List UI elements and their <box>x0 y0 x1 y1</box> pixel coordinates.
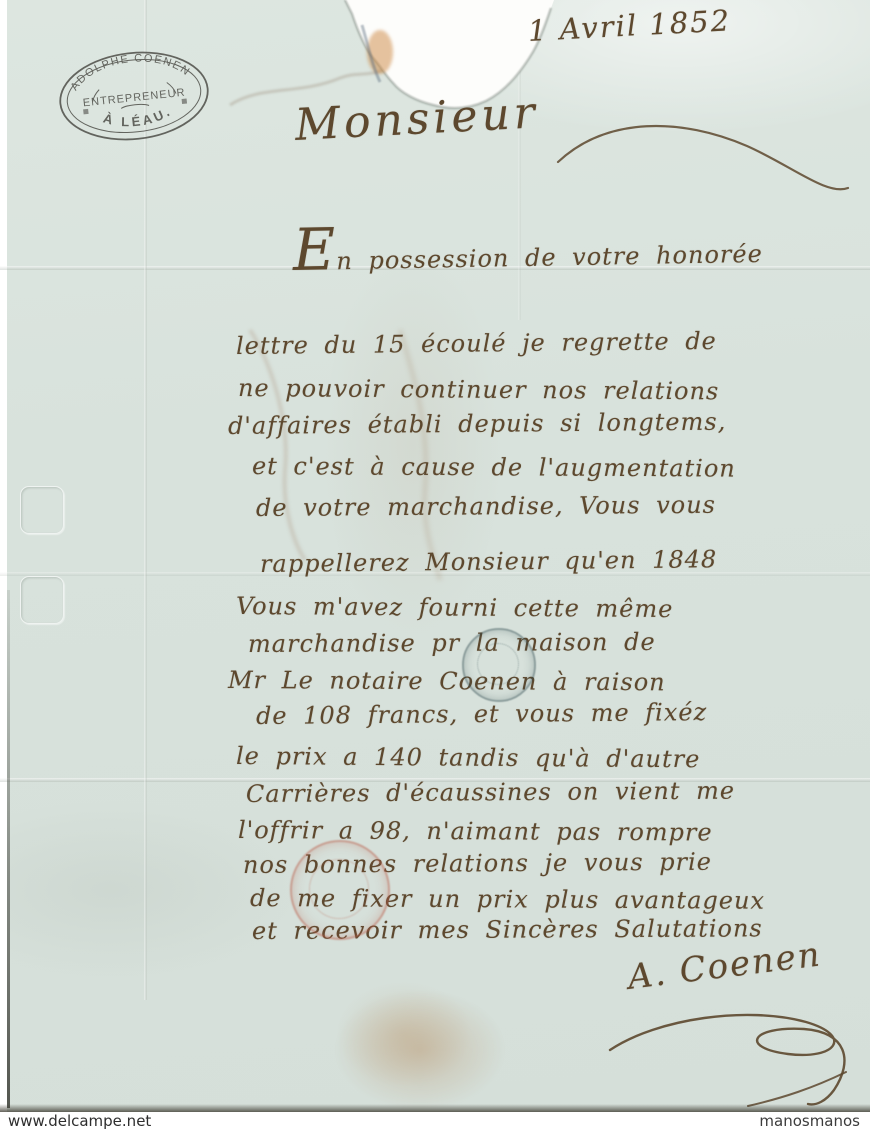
letter-line: l'offrir a 98, n'aimant pas rompre <box>238 816 713 846</box>
letter-line: et c'est à cause de l'augmentation <box>252 452 736 483</box>
scanned-letter: ADOLPHE COENEN ENTREPRENEUR À LÉAU. 1 Av… <box>0 0 870 1131</box>
embossed-paper-mark <box>20 576 64 624</box>
paper-bottom-edge <box>0 1104 870 1112</box>
letter-line: le prix a 140 tandis qu'à d'autre <box>236 742 701 773</box>
letter-line: de me fixer un prix plus avantageux <box>250 884 765 915</box>
scan-footer-band: www.delcampe.net manosmanos <box>0 1112 870 1131</box>
letter-line: Vous m'avez fourni cette même <box>236 592 674 623</box>
letter-line: marchandise pr la maison de <box>248 628 656 658</box>
signature-paraph-flourish <box>598 1002 868 1112</box>
letter-line: Carrières d'écaussines on vient me <box>246 777 735 808</box>
paper-edge-shadow <box>7 590 10 1108</box>
letter-line: d'affaires établi depuis si longtems, <box>228 408 726 440</box>
salutation-flourish <box>552 104 852 214</box>
embossed-paper-mark <box>20 486 64 534</box>
scan-left-margin <box>0 0 7 1112</box>
letter-line: de 108 francs, et vous me fixéz <box>256 698 707 730</box>
stamp-place-text: À LÉAU. <box>100 102 175 132</box>
letter-line: lettre du 15 écoulé je regrette de <box>236 327 717 360</box>
svg-text:À LÉAU.: À LÉAU. <box>100 102 175 132</box>
letter-line: et recevoir mes Sincères Salutations <box>252 914 763 945</box>
company-oval-stamp: ADOLPHE COENEN ENTREPRENEUR À LÉAU. <box>51 40 216 152</box>
stamp-title-text: ENTREPRENEUR <box>82 87 186 110</box>
letter-line: nos bonnes relations je vous prie <box>243 848 712 879</box>
letter-line: Mr Le notaire Coenen à raison <box>228 666 666 696</box>
letter-line: de votre marchandise, Vous vous <box>256 491 716 522</box>
letter-line: rappellerez Monsieur qu'en 1848 <box>260 545 718 578</box>
letter-line: ne pouvoir continuer nos relations <box>238 374 719 405</box>
watermark-url: www.delcampe.net <box>0 1112 151 1131</box>
seal-stain <box>335 990 505 1110</box>
watermark-seller: manosmanos <box>759 1112 870 1131</box>
